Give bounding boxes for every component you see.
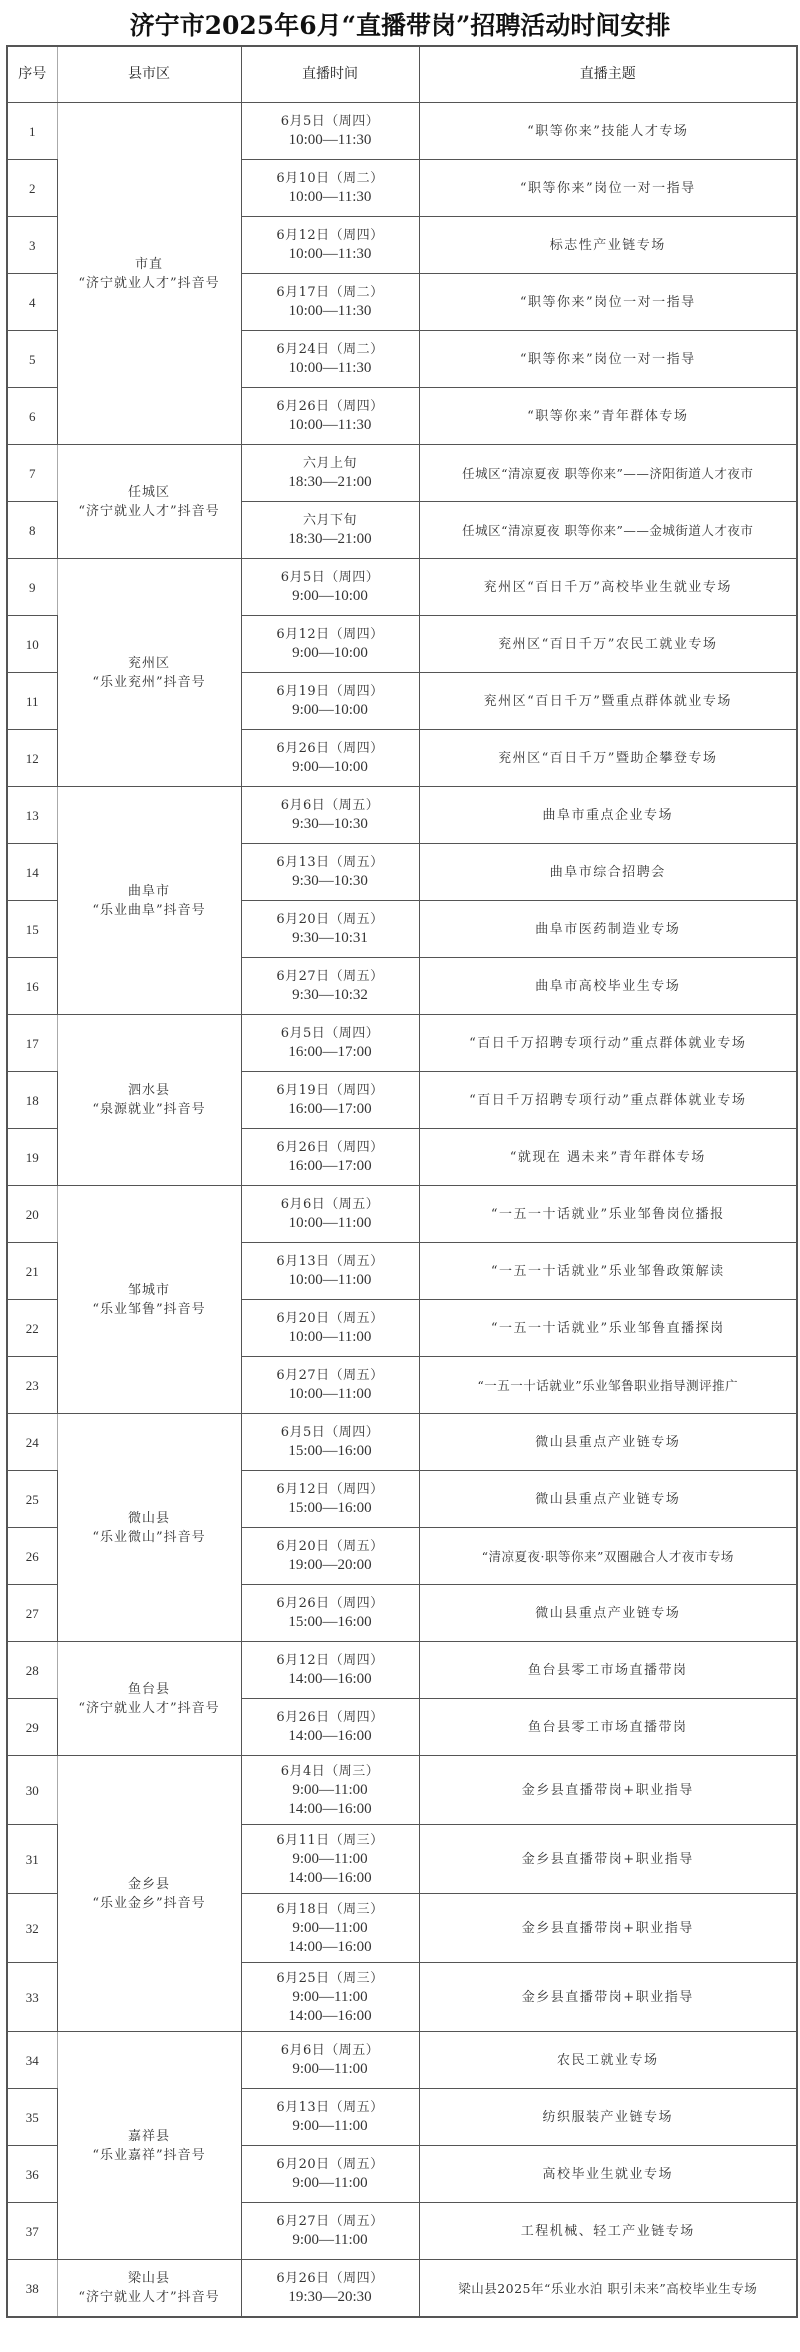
time-cell: 6月20日（周五）9:00—11:00 <box>241 2146 419 2203</box>
header-county: 县市区 <box>57 46 241 103</box>
live-time-range: 9:00—11:00 <box>242 1919 419 1938</box>
county-cell: 金乡县“乐业金乡”抖音号 <box>57 1756 241 2032</box>
time-cell: 六月下旬18:30—21:00 <box>241 502 419 559</box>
live-time-range: 10:00—11:30 <box>242 188 419 207</box>
time-cell: 6月25日（周三）9:00—11:0014:00—16:00 <box>241 1963 419 2032</box>
row-seq: 32 <box>7 1894 57 1963</box>
live-topic: 梁山县2025年“乐业水泊 职引未来”高校毕业生专场 <box>419 2260 797 2318</box>
live-date: 6月11日（周三） <box>242 1831 419 1850</box>
time-cell: 6月6日（周五）9:00—11:00 <box>241 2032 419 2089</box>
live-topic: “一五一十话就业”乐业邹鲁直播探岗 <box>419 1300 797 1357</box>
time-cell: 6月19日（周四）9:00—10:00 <box>241 673 419 730</box>
live-topic: 鱼台县零工市场直播带岗 <box>419 1642 797 1699</box>
county-name: 嘉祥县 <box>58 2127 241 2146</box>
county-cell: 曲阜市“乐业曲阜”抖音号 <box>57 787 241 1015</box>
live-date: 6月27日（周五） <box>242 1366 419 1385</box>
county-cell: 泗水县“泉源就业”抖音号 <box>57 1015 241 1186</box>
county-name: 任城区 <box>58 483 241 502</box>
county-name: 微山县 <box>58 1509 241 1528</box>
row-seq: 26 <box>7 1528 57 1585</box>
live-date: 6月26日（周四） <box>242 1708 419 1727</box>
county-account: “乐业曲阜”抖音号 <box>58 901 241 920</box>
live-date: 6月12日（周四） <box>242 1480 419 1499</box>
live-date: 6月26日（周四） <box>242 397 419 416</box>
live-time-range: 9:30—10:30 <box>242 815 419 834</box>
time-cell: 6月26日（周四）19:30—20:30 <box>241 2260 419 2318</box>
table-row: 17泗水县“泉源就业”抖音号6月5日（周四）16:00—17:00“百日千万招聘… <box>7 1015 797 1072</box>
county-name: 邹城市 <box>58 1281 241 1300</box>
time-cell: 6月13日（周五）9:30—10:30 <box>241 844 419 901</box>
live-date: 6月26日（周四） <box>242 1594 419 1613</box>
time-cell: 6月10日（周二）10:00—11:30 <box>241 160 419 217</box>
row-seq: 29 <box>7 1699 57 1756</box>
live-date: 6月13日（周五） <box>242 2098 419 2117</box>
county-name: 市直 <box>58 255 241 274</box>
live-date: 6月6日（周五） <box>242 1195 419 1214</box>
live-time-range: 9:00—11:00 <box>242 2060 419 2079</box>
live-topic: “一五一十话就业”乐业邹鲁职业指导测评推广 <box>419 1357 797 1414</box>
live-topic: 微山县重点产业链专场 <box>419 1414 797 1471</box>
live-time-range: 10:00—11:30 <box>242 131 419 150</box>
live-topic: 曲阜市重点企业专场 <box>419 787 797 844</box>
row-seq: 24 <box>7 1414 57 1471</box>
live-topic: 兖州区“百日千万”高校毕业生就业专场 <box>419 559 797 616</box>
live-date: 6月12日（周四） <box>242 1651 419 1670</box>
county-account: “乐业金乡”抖音号 <box>58 1894 241 1913</box>
time-cell: 6月18日（周三）9:00—11:0014:00—16:00 <box>241 1894 419 1963</box>
live-topic: “百日千万招聘专项行动”重点群体就业专场 <box>419 1015 797 1072</box>
live-date: 6月27日（周五） <box>242 2212 419 2231</box>
live-topic: 微山县重点产业链专场 <box>419 1471 797 1528</box>
time-cell: 6月26日（周四）10:00—11:30 <box>241 388 419 445</box>
live-date: 6月24日（周二） <box>242 340 419 359</box>
row-seq: 18 <box>7 1072 57 1129</box>
row-seq: 11 <box>7 673 57 730</box>
row-seq: 2 <box>7 160 57 217</box>
live-topic: 农民工就业专场 <box>419 2032 797 2089</box>
row-seq: 22 <box>7 1300 57 1357</box>
row-seq: 17 <box>7 1015 57 1072</box>
row-seq: 3 <box>7 217 57 274</box>
row-seq: 30 <box>7 1756 57 1825</box>
row-seq: 1 <box>7 103 57 160</box>
live-time-range: 9:00—11:00 <box>242 1781 419 1800</box>
time-cell: 6月5日（周四）15:00—16:00 <box>241 1414 419 1471</box>
live-topic: “百日千万招聘专项行动”重点群体就业专场 <box>419 1072 797 1129</box>
live-date: 6月19日（周四） <box>242 682 419 701</box>
live-date: 6月13日（周五） <box>242 1252 419 1271</box>
live-date: 6月10日（周二） <box>242 169 419 188</box>
row-seq: 5 <box>7 331 57 388</box>
row-seq: 34 <box>7 2032 57 2089</box>
live-time-range: 9:00—11:00 <box>242 2174 419 2193</box>
county-account: “泉源就业”抖音号 <box>58 1100 241 1119</box>
row-seq: 35 <box>7 2089 57 2146</box>
live-topic: “职等你来”技能人才专场 <box>419 103 797 160</box>
county-account: “济宁就业人才”抖音号 <box>58 2288 241 2307</box>
county-name: 梁山县 <box>58 2269 241 2288</box>
county-account: “济宁就业人才”抖音号 <box>58 502 241 521</box>
live-time-range: 9:00—11:00 <box>242 1850 419 1869</box>
live-time-range: 16:00—17:00 <box>242 1157 419 1176</box>
live-time-range: 14:00—16:00 <box>242 2007 419 2026</box>
county-name: 曲阜市 <box>58 882 241 901</box>
time-cell: 6月5日（周四）16:00—17:00 <box>241 1015 419 1072</box>
row-seq: 36 <box>7 2146 57 2203</box>
time-cell: 6月26日（周四）14:00—16:00 <box>241 1699 419 1756</box>
live-topic: “就现在 遇未来”青年群体专场 <box>419 1129 797 1186</box>
live-topic: “职等你来”青年群体专场 <box>419 388 797 445</box>
live-time-range: 14:00—16:00 <box>242 1938 419 1957</box>
county-name: 鱼台县 <box>58 1680 241 1699</box>
live-time-range: 15:00—16:00 <box>242 1613 419 1632</box>
live-topic: 兖州区“百日千万”暨助企攀登专场 <box>419 730 797 787</box>
live-time-range: 10:00—11:30 <box>242 245 419 264</box>
live-time-range: 10:00—11:00 <box>242 1271 419 1290</box>
live-date: 6月20日（周五） <box>242 2155 419 2174</box>
table-row: 9兖州区“乐业兖州”抖音号6月5日（周四）9:00—10:00兖州区“百日千万”… <box>7 559 797 616</box>
live-time-range: 14:00—16:00 <box>242 1869 419 1888</box>
time-cell: 6月12日（周四）14:00—16:00 <box>241 1642 419 1699</box>
live-topic: 纺织服装产业链专场 <box>419 2089 797 2146</box>
table-row: 38梁山县“济宁就业人才”抖音号6月26日（周四）19:30—20:30梁山县2… <box>7 2260 797 2318</box>
live-date: 6月20日（周五） <box>242 1309 419 1328</box>
live-topic: 金乡县直播带岗+职业指导 <box>419 1963 797 2032</box>
county-account: “乐业兖州”抖音号 <box>58 673 241 692</box>
row-seq: 13 <box>7 787 57 844</box>
schedule-table: 序号 县市区 直播时间 直播主题 1市直“济宁就业人才”抖音号6月5日（周四）1… <box>6 45 798 2318</box>
live-time-range: 19:00—20:00 <box>242 1556 419 1575</box>
live-time-range: 19:30—20:30 <box>242 2288 419 2307</box>
time-cell: 6月12日（周四）15:00—16:00 <box>241 1471 419 1528</box>
row-seq: 12 <box>7 730 57 787</box>
live-topic: 任城区“清凉夏夜 职等你来”——济阳街道人才夜市 <box>419 445 797 502</box>
row-seq: 10 <box>7 616 57 673</box>
time-cell: 6月13日（周五）9:00—11:00 <box>241 2089 419 2146</box>
time-cell: 6月12日（周四）10:00—11:30 <box>241 217 419 274</box>
live-date: 六月下旬 <box>242 511 419 530</box>
county-cell: 兖州区“乐业兖州”抖音号 <box>57 559 241 787</box>
live-topic: “一五一十话就业”乐业邹鲁岗位播报 <box>419 1186 797 1243</box>
time-cell: 6月6日（周五）9:30—10:30 <box>241 787 419 844</box>
time-cell: 6月13日（周五）10:00—11:00 <box>241 1243 419 1300</box>
time-cell: 6月6日（周五）10:00—11:00 <box>241 1186 419 1243</box>
live-date: 6月12日（周四） <box>242 625 419 644</box>
county-name: 兖州区 <box>58 654 241 673</box>
county-account: “乐业嘉祥”抖音号 <box>58 2146 241 2165</box>
table-row: 1市直“济宁就业人才”抖音号6月5日（周四）10:00—11:30“职等你来”技… <box>7 103 797 160</box>
live-time-range: 16:00—17:00 <box>242 1100 419 1119</box>
county-account: “乐业邹鲁”抖音号 <box>58 1300 241 1319</box>
live-time-range: 18:30—21:00 <box>242 530 419 549</box>
table-row: 24微山县“乐业微山”抖音号6月5日（周四）15:00—16:00微山县重点产业… <box>7 1414 797 1471</box>
time-cell: 6月27日（周五）10:00—11:00 <box>241 1357 419 1414</box>
live-time-range: 9:00—10:00 <box>242 587 419 606</box>
header-time: 直播时间 <box>241 46 419 103</box>
live-topic: 金乡县直播带岗+职业指导 <box>419 1825 797 1894</box>
county-cell: 任城区“济宁就业人才”抖音号 <box>57 445 241 559</box>
live-topic: 鱼台县零工市场直播带岗 <box>419 1699 797 1756</box>
table-row: 20邹城市“乐业邹鲁”抖音号6月6日（周五）10:00—11:00“一五一十话就… <box>7 1186 797 1243</box>
county-name: 金乡县 <box>58 1875 241 1894</box>
time-cell: 6月26日（周四）9:00—10:00 <box>241 730 419 787</box>
time-cell: 6月20日（周五）19:00—20:00 <box>241 1528 419 1585</box>
live-time-range: 9:00—11:00 <box>242 1988 419 2007</box>
row-seq: 8 <box>7 502 57 559</box>
live-topic: 金乡县直播带岗+职业指导 <box>419 1894 797 1963</box>
live-topic: “职等你来”岗位一对一指导 <box>419 331 797 388</box>
table-row: 7任城区“济宁就业人才”抖音号六月上旬18:30—21:00任城区“清凉夏夜 职… <box>7 445 797 502</box>
live-topic: “一五一十话就业”乐业邹鲁政策解读 <box>419 1243 797 1300</box>
live-topic: 任城区“清凉夏夜 职等你来”——金城街道人才夜市 <box>419 502 797 559</box>
live-topic: “职等你来”岗位一对一指导 <box>419 274 797 331</box>
live-time-range: 14:00—16:00 <box>242 1800 419 1819</box>
live-date: 6月5日（周四） <box>242 112 419 131</box>
live-time-range: 10:00—11:30 <box>242 302 419 321</box>
live-date: 6月6日（周五） <box>242 796 419 815</box>
live-time-range: 15:00—16:00 <box>242 1442 419 1461</box>
row-seq: 23 <box>7 1357 57 1414</box>
live-time-range: 10:00—11:00 <box>242 1214 419 1233</box>
row-seq: 20 <box>7 1186 57 1243</box>
time-cell: 6月5日（周四）9:00—10:00 <box>241 559 419 616</box>
live-time-range: 9:00—10:00 <box>242 758 419 777</box>
live-topic: 标志性产业链专场 <box>419 217 797 274</box>
live-date: 6月20日（周五） <box>242 1537 419 1556</box>
county-cell: 微山县“乐业微山”抖音号 <box>57 1414 241 1642</box>
row-seq: 31 <box>7 1825 57 1894</box>
live-date: 6月26日（周四） <box>242 739 419 758</box>
time-cell: 6月20日（周五）9:30—10:31 <box>241 901 419 958</box>
live-date: 6月26日（周四） <box>242 2269 419 2288</box>
live-time-range: 10:00—11:00 <box>242 1385 419 1404</box>
live-time-range: 10:00—11:30 <box>242 359 419 378</box>
county-account: “乐业微山”抖音号 <box>58 1528 241 1547</box>
row-seq: 25 <box>7 1471 57 1528</box>
live-date: 6月4日（周三） <box>242 1762 419 1781</box>
county-name: 泗水县 <box>58 1081 241 1100</box>
time-cell: 6月20日（周五）10:00—11:00 <box>241 1300 419 1357</box>
live-date: 6月12日（周四） <box>242 226 419 245</box>
row-seq: 38 <box>7 2260 57 2318</box>
time-cell: 6月27日（周五）9:30—10:32 <box>241 958 419 1015</box>
row-seq: 37 <box>7 2203 57 2260</box>
time-cell: 6月4日（周三）9:00—11:0014:00—16:00 <box>241 1756 419 1825</box>
live-time-range: 14:00—16:00 <box>242 1727 419 1746</box>
time-cell: 6月24日（周二）10:00—11:30 <box>241 331 419 388</box>
live-time-range: 9:30—10:31 <box>242 929 419 948</box>
county-cell: 嘉祥县“乐业嘉祥”抖音号 <box>57 2032 241 2260</box>
row-seq: 14 <box>7 844 57 901</box>
row-seq: 21 <box>7 1243 57 1300</box>
table-header-row: 序号 县市区 直播时间 直播主题 <box>7 46 797 103</box>
live-time-range: 9:30—10:32 <box>242 986 419 1005</box>
county-account: “济宁就业人才”抖音号 <box>58 274 241 293</box>
county-account: “济宁就业人才”抖音号 <box>58 1699 241 1718</box>
row-seq: 9 <box>7 559 57 616</box>
time-cell: 6月12日（周四）9:00—10:00 <box>241 616 419 673</box>
live-time-range: 10:00—11:00 <box>242 1328 419 1347</box>
live-date: 6月27日（周五） <box>242 967 419 986</box>
live-time-range: 10:00—11:30 <box>242 416 419 435</box>
table-row: 28鱼台县“济宁就业人才”抖音号6月12日（周四）14:00—16:00鱼台县零… <box>7 1642 797 1699</box>
header-seq: 序号 <box>7 46 57 103</box>
live-topic: 工程机械、轻工产业链专场 <box>419 2203 797 2260</box>
live-date: 6月25日（周三） <box>242 1969 419 1988</box>
live-topic: 兖州区“百日千万”农民工就业专场 <box>419 616 797 673</box>
time-cell: 6月17日（周二）10:00—11:30 <box>241 274 419 331</box>
live-time-range: 9:00—10:00 <box>242 701 419 720</box>
time-cell: 6月26日（周四）15:00—16:00 <box>241 1585 419 1642</box>
time-cell: 6月19日（周四）16:00—17:00 <box>241 1072 419 1129</box>
table-row: 34嘉祥县“乐业嘉祥”抖音号6月6日（周五）9:00—11:00农民工就业专场 <box>7 2032 797 2089</box>
row-seq: 33 <box>7 1963 57 2032</box>
live-date: 6月18日（周三） <box>242 1900 419 1919</box>
live-topic: 微山县重点产业链专场 <box>419 1585 797 1642</box>
live-date: 6月19日（周四） <box>242 1081 419 1100</box>
live-date: 6月20日（周五） <box>242 910 419 929</box>
live-time-range: 9:30—10:30 <box>242 872 419 891</box>
time-cell: 6月11日（周三）9:00—11:0014:00—16:00 <box>241 1825 419 1894</box>
table-row: 13曲阜市“乐业曲阜”抖音号6月6日（周五）9:30—10:30曲阜市重点企业专… <box>7 787 797 844</box>
live-topic: “清凉夏夜·职等你来”双圈融合人才夜市专场 <box>419 1528 797 1585</box>
live-topic: 曲阜市高校毕业生专场 <box>419 958 797 1015</box>
live-topic: “职等你来”岗位一对一指导 <box>419 160 797 217</box>
live-topic: 曲阜市综合招聘会 <box>419 844 797 901</box>
live-date: 6月6日（周五） <box>242 2041 419 2060</box>
county-cell: 市直“济宁就业人才”抖音号 <box>57 103 241 445</box>
live-date: 6月5日（周四） <box>242 1423 419 1442</box>
live-time-range: 15:00—16:00 <box>242 1499 419 1518</box>
row-seq: 4 <box>7 274 57 331</box>
county-cell: 邹城市“乐业邹鲁”抖音号 <box>57 1186 241 1414</box>
live-date: 6月5日（周四） <box>242 1024 419 1043</box>
row-seq: 16 <box>7 958 57 1015</box>
row-seq: 28 <box>7 1642 57 1699</box>
live-date: 6月5日（周四） <box>242 568 419 587</box>
live-date: 6月26日（周四） <box>242 1138 419 1157</box>
live-time-range: 18:30—21:00 <box>242 473 419 492</box>
county-cell: 梁山县“济宁就业人才”抖音号 <box>57 2260 241 2318</box>
live-date: 6月13日（周五） <box>242 853 419 872</box>
row-seq: 7 <box>7 445 57 502</box>
live-topic: 曲阜市医药制造业专场 <box>419 901 797 958</box>
live-topic: 兖州区“百日千万”暨重点群体就业专场 <box>419 673 797 730</box>
row-seq: 27 <box>7 1585 57 1642</box>
row-seq: 15 <box>7 901 57 958</box>
live-time-range: 9:00—11:00 <box>242 2231 419 2250</box>
time-cell: 6月26日（周四）16:00—17:00 <box>241 1129 419 1186</box>
row-seq: 6 <box>7 388 57 445</box>
live-date: 六月上旬 <box>242 454 419 473</box>
live-topic: 高校毕业生就业专场 <box>419 2146 797 2203</box>
live-date: 6月17日（周二） <box>242 283 419 302</box>
live-time-range: 14:00—16:00 <box>242 1670 419 1689</box>
header-topic: 直播主题 <box>419 46 797 103</box>
live-time-range: 9:00—11:00 <box>242 2117 419 2136</box>
time-cell: 6月27日（周五）9:00—11:00 <box>241 2203 419 2260</box>
live-topic: 金乡县直播带岗+职业指导 <box>419 1756 797 1825</box>
time-cell: 6月5日（周四）10:00—11:30 <box>241 103 419 160</box>
table-body: 1市直“济宁就业人才”抖音号6月5日（周四）10:00—11:30“职等你来”技… <box>7 103 797 2318</box>
page-title: 济宁市2025年6月“直播带岗”招聘活动时间安排 <box>0 6 800 42</box>
row-seq: 19 <box>7 1129 57 1186</box>
live-time-range: 9:00—10:00 <box>242 644 419 663</box>
live-time-range: 16:00—17:00 <box>242 1043 419 1062</box>
time-cell: 六月上旬18:30—21:00 <box>241 445 419 502</box>
county-cell: 鱼台县“济宁就业人才”抖音号 <box>57 1642 241 1756</box>
table-row: 30金乡县“乐业金乡”抖音号6月4日（周三）9:00—11:0014:00—16… <box>7 1756 797 1825</box>
